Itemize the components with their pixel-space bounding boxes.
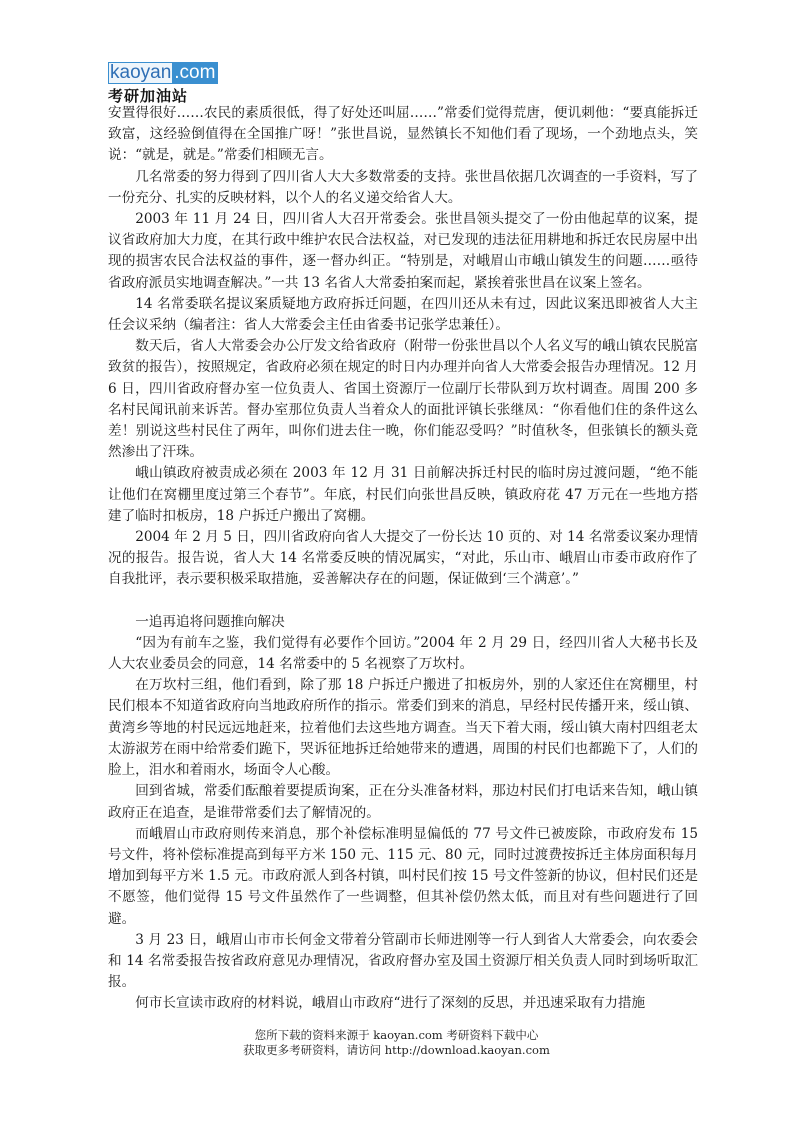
paragraph: 2004 年 2 月 5 日，四川省政府向省人大提交了一份长达 10 页的、对 …: [108, 527, 698, 591]
paragraph: 3 月 23 日，峨眉山市市长何金文带着分管副市长师进刚等一行人到省人大常委会，…: [108, 930, 698, 994]
article-body: 安置得很好……农民的素质很低，得了好处还叫屈……”常委们觉得荒唐，便讥刺他：“要…: [108, 103, 698, 1015]
paragraph: 何市长宣读市政府的材料说，峨眉山市政府“进行了深刻的反思，并迅速采取有力措施: [108, 993, 698, 1014]
paragraph: 几名常委的努力得到了四川省人大大多数常委的支持。张世昌依据几次调查的一手资料，写…: [108, 167, 698, 209]
paragraph: 回到省城，常委们酝酿着要提质询案，正在分头准备材料，那边村民们打电话来告知，峨山…: [108, 781, 698, 823]
logo-main-text: kaoyan: [108, 62, 173, 84]
paragraph: 安置得很好……农民的素质很低，得了好处还叫屈……”常委们觉得荒唐，便讥刺他：“要…: [108, 103, 698, 167]
footer-source-line: 您所下载的资料来源于 kaoyan.com 考研资料下载中心: [0, 1028, 793, 1043]
paragraph: 数天后，省人大常委会办公厅发文给省政府（附带一份张世昌以个人名义写的峨山镇农民脱…: [108, 336, 698, 463]
paragraph: 在万坎村三组，他们看到，除了那 18 户拆迁户搬进了扣板房外，别的人家还住在窝棚…: [108, 675, 698, 781]
section-heading: 一追再追将问题推向解决: [108, 612, 698, 633]
paragraph: 峨山镇政府被责成必须在 2003 年 12 月 31 日前解决拆迁村民的临时房过…: [108, 463, 698, 527]
page-footer: 您所下载的资料来源于 kaoyan.com 考研资料下载中心 获取更多考研资料，…: [0, 1028, 793, 1058]
paragraph: 14 名常委联名提议案质疑地方政府拆迁问题，在四川还从未有过，因此议案迅即被省人…: [108, 294, 698, 336]
site-logo: kaoyan .com: [108, 62, 218, 84]
paragraph: 2003 年 11 月 24 日，四川省人大召开常委会。张世昌领头提交了一份由他…: [108, 209, 698, 294]
paragraph: 而峨眉山市政府则传来消息，那个补偿标准明显偏低的 77 号文件已被废除，市政府发…: [108, 824, 698, 930]
logo-suffix-text: .com: [173, 62, 218, 84]
footer-link-line: 获取更多考研资料，请访问 http://download.kaoyan.com: [0, 1043, 793, 1058]
paragraph: “因为有前车之鉴，我们觉得有必要作个回访。”2004 年 2 月 29 日，经四…: [108, 633, 698, 675]
